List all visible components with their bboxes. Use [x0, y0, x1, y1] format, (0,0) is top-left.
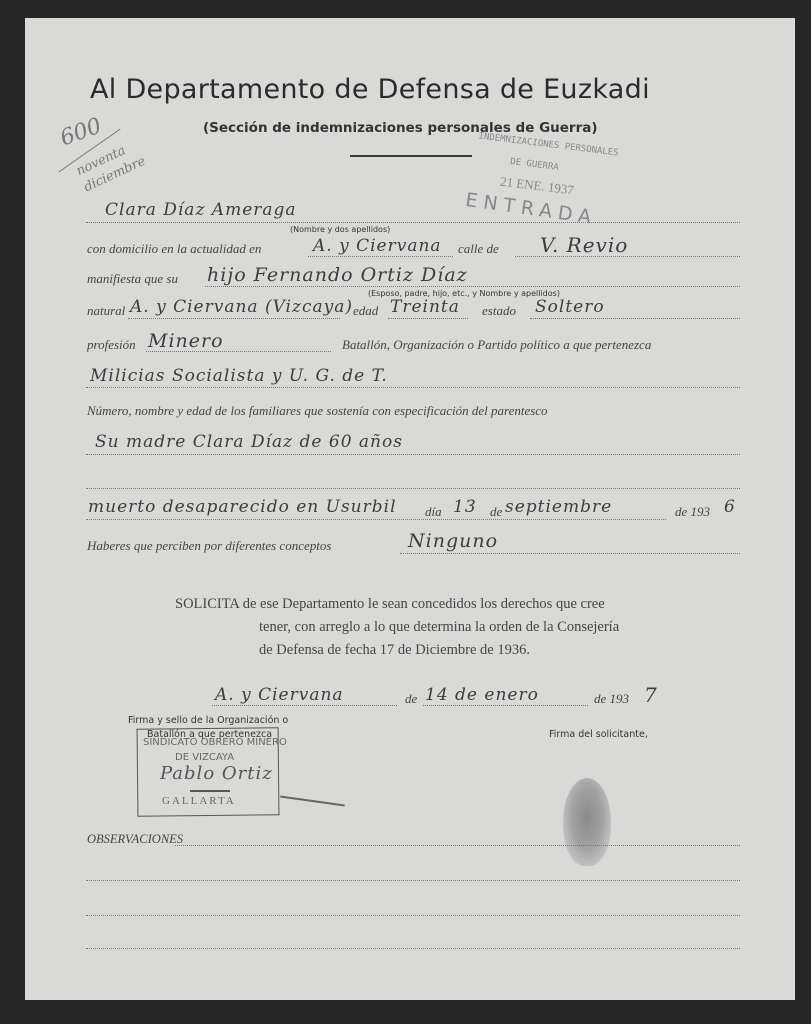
affiliation-value: Milicias Socialista y U. G. de T. — [90, 366, 388, 386]
document-title: Al Departamento de Defensa de Euzkadi — [90, 74, 650, 105]
org-stamp-line1: SINDICATO OBRERO MINERO — [143, 737, 287, 748]
org-stamp-line3: GALLARTA — [162, 795, 236, 807]
day-value: 13 — [453, 497, 477, 517]
date-daymonth-line — [423, 705, 588, 706]
date-de-label: de — [405, 691, 417, 707]
income-line — [400, 553, 740, 554]
observations-line-3[interactable] — [86, 915, 740, 916]
profession-label: profesión — [87, 337, 136, 353]
title-divider — [350, 155, 472, 157]
income-value: Ninguno — [408, 530, 498, 552]
date-daymonth-value: 14 de enero — [425, 685, 539, 705]
applicant-signature-label: Firma del solicitante, — [549, 729, 648, 740]
request-line-2: tener, con arreglo a lo que determina la… — [259, 616, 619, 639]
domicile-label: con domicilio en la actualidad en — [87, 241, 261, 257]
income-label: Haberes que perciben por diferentes conc… — [87, 538, 331, 554]
observations-line-1[interactable] — [175, 845, 740, 846]
date-place-value: A. y Ciervana — [215, 685, 344, 705]
org-signature-label-1: Firma y sello de la Organización o — [128, 715, 288, 726]
date-year-value: 7 — [644, 683, 658, 707]
affiliation-line — [86, 387, 740, 388]
status-line — [530, 318, 740, 319]
applicant-name-value: Clara Díaz Ameraga — [105, 200, 297, 220]
age-label: edad — [353, 303, 378, 319]
dependents-value: Su madre Clara Díaz de 60 años — [95, 432, 403, 452]
domicile-value: A. y Ciervana — [313, 236, 442, 256]
fingerprint-mark — [563, 778, 611, 866]
dependents-line-1 — [86, 454, 740, 455]
org-stamp-line2: DE VIZCAYA — [175, 752, 234, 763]
month-label: de — [490, 504, 502, 520]
native-line — [128, 318, 340, 319]
street-value: V. Revio — [540, 233, 628, 257]
declares-label: manifiesta que su — [87, 271, 178, 287]
request-line-3: de Defensa de fecha 17 de Diciembre de 1… — [259, 639, 530, 662]
status-value: Soltero — [535, 297, 605, 317]
request-line-1: SOLICITA de ese Departamento le sean con… — [175, 593, 605, 616]
native-value: A. y Ciervana (Vizcaya) — [130, 297, 353, 317]
observations-line-4[interactable] — [86, 948, 740, 949]
profession-line — [146, 351, 331, 352]
document-subtitle: (Sección de indemnizaciones personales d… — [203, 120, 598, 136]
death-value: muerto desaparecido en Usurbil — [88, 497, 397, 517]
day-label: día — [425, 504, 442, 520]
date-place-line — [212, 705, 397, 706]
native-label: natural — [87, 303, 125, 319]
death-line — [86, 519, 666, 520]
org-signature: Pablo Ortiz — [160, 763, 273, 784]
name-caption: (Nombre y dos apellidos) — [290, 225, 390, 234]
age-value: Treinta — [390, 297, 460, 317]
year-label: de 193 — [675, 504, 710, 520]
observations-line-2[interactable] — [86, 880, 740, 881]
month-value: septiembre — [505, 497, 612, 517]
year-value: 6 — [724, 497, 736, 517]
dependents-label: Número, nombre y edad de los familiares … — [87, 403, 548, 419]
status-label: estado — [482, 303, 516, 319]
name-line — [86, 222, 740, 223]
org-stamp-rule — [190, 790, 230, 792]
affiliation-label: Batallón, Organización o Partido polític… — [342, 337, 651, 353]
profession-value: Minero — [148, 330, 224, 352]
street-label: calle de — [458, 241, 499, 257]
declares-value: hijo Fernando Ortiz Díaz — [207, 264, 468, 286]
date-year-label: de 193 — [594, 691, 629, 707]
declares-line — [205, 286, 740, 287]
age-line — [388, 318, 468, 319]
dependents-line-2 — [86, 488, 740, 489]
observations-label: OBSERVACIONES — [87, 832, 183, 847]
domicile-line — [308, 256, 453, 257]
street-line — [515, 256, 740, 257]
